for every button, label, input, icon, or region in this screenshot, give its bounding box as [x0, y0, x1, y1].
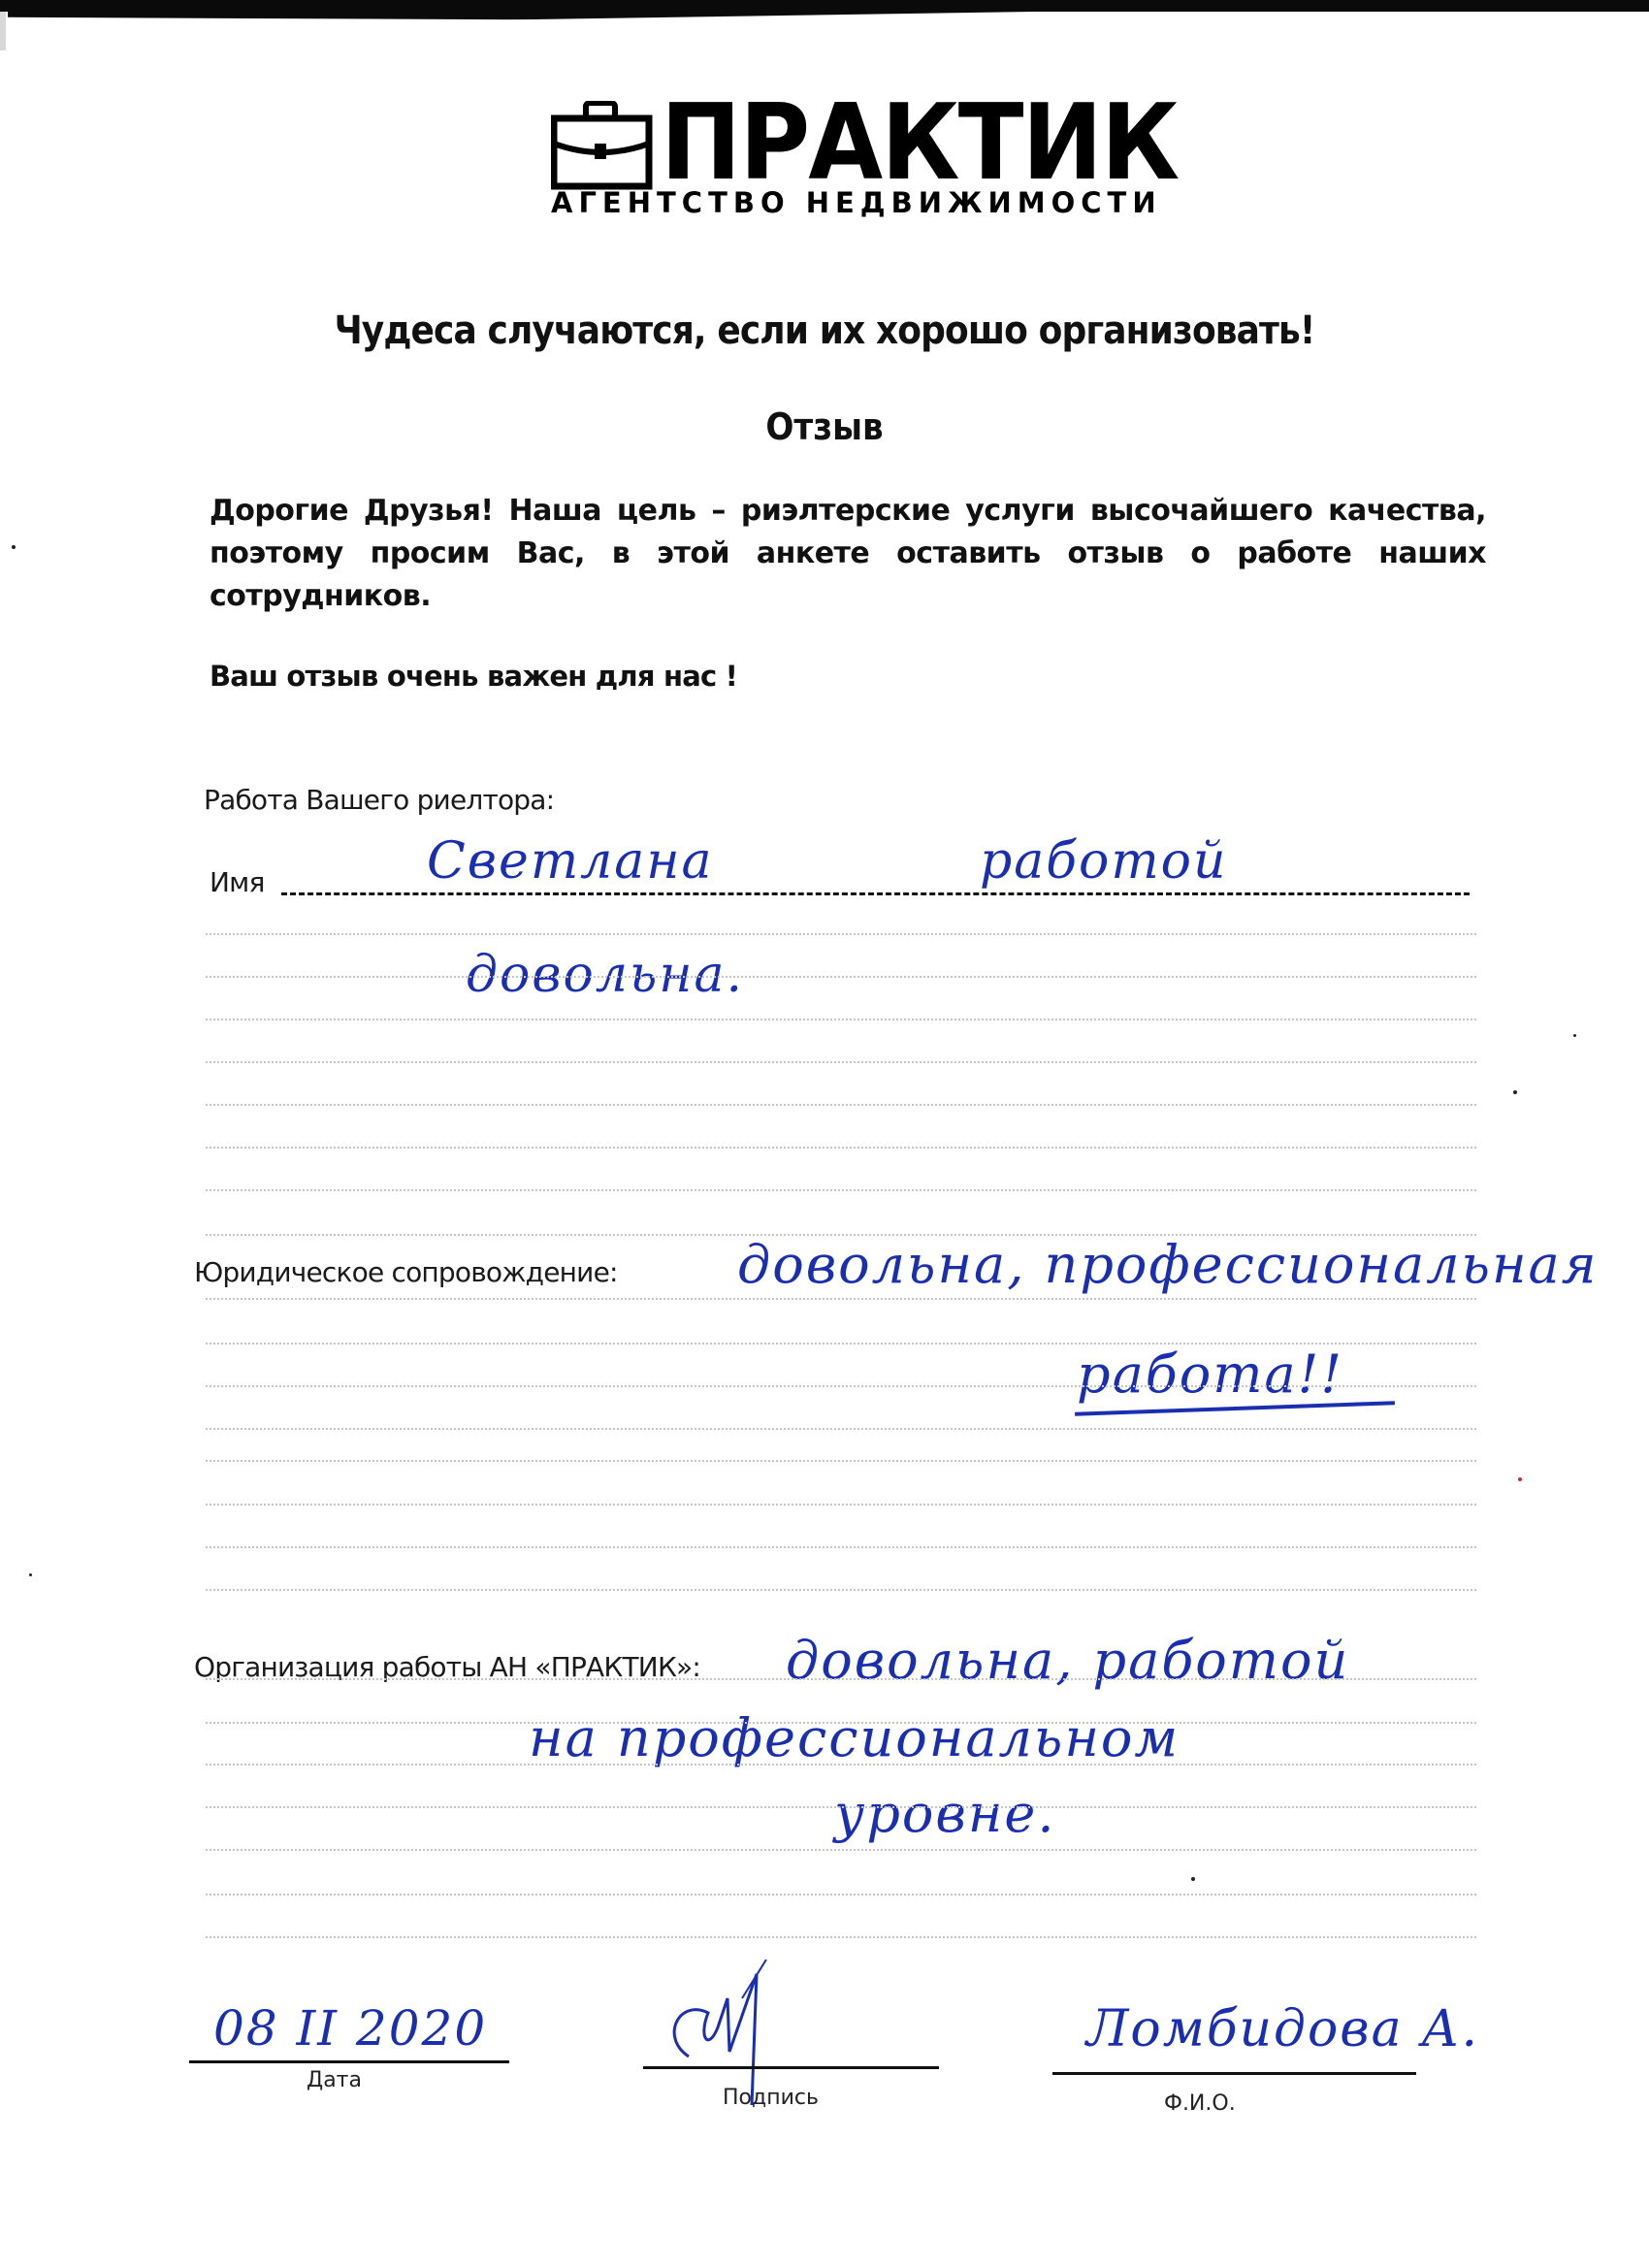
- legal-section-label: Юридическое сопровождение:: [194, 1256, 618, 1288]
- answer-line[interactable]: [206, 1385, 1476, 1387]
- briefcase-icon: [551, 101, 653, 190]
- page-title: Отзыв: [82, 405, 1567, 448]
- scan-speck: [1191, 1877, 1195, 1881]
- answer-line[interactable]: [206, 1806, 1476, 1808]
- answer-line[interactable]: [206, 1894, 1476, 1895]
- handwritten-org-line2: на профессиональном: [529, 1707, 1180, 1768]
- answer-line[interactable]: [206, 1147, 1476, 1149]
- signature-scribble: [650, 1960, 844, 2105]
- handwritten-legal-line1: довольна, профессиональная: [737, 1234, 1598, 1295]
- logo-brand-name: ПРАКТИК: [661, 95, 1178, 192]
- date-line[interactable]: [189, 2060, 509, 2063]
- answer-line[interactable]: [206, 1428, 1476, 1430]
- handwritten-org-line1: довольна, работой: [786, 1630, 1349, 1691]
- intro-note: Ваш отзыв очень важен для нас !: [210, 660, 737, 693]
- date-caption: Дата: [307, 2068, 362, 2092]
- signature-line[interactable]: [643, 2066, 939, 2069]
- company-logo: ПРАКТИК АГЕНТСТВО НЕДВИЖИМОСТИ: [551, 83, 1152, 219]
- answer-line[interactable]: [206, 933, 1476, 935]
- handwritten-realtor-line2: довольна.: [466, 946, 744, 1004]
- logo-subtitle: АГЕНТСТВО НЕДВИЖИМОСТИ: [551, 186, 1162, 219]
- full-name-caption: Ф.И.О.: [1164, 2091, 1236, 2116]
- signature-caption: Подпись: [723, 2086, 819, 2110]
- answer-line[interactable]: [206, 1460, 1476, 1462]
- scan-speck: [12, 545, 16, 549]
- handwritten-org-line3: уровне.: [834, 1783, 1056, 1844]
- answer-line[interactable]: [206, 1343, 1476, 1345]
- answer-line[interactable]: [206, 1546, 1476, 1548]
- answer-line[interactable]: [206, 1061, 1476, 1063]
- scan-top-shadow: [8, 10, 1628, 35]
- answer-line[interactable]: [206, 1189, 1476, 1191]
- handwritten-legal-line2: работа!!: [1077, 1344, 1343, 1405]
- scan-speck: [1573, 1034, 1576, 1037]
- answer-line[interactable]: [206, 1849, 1476, 1851]
- scan-speck: [29, 1573, 32, 1576]
- slogan: Чудеса случаются, если их хорошо организ…: [82, 308, 1567, 353]
- full-name-line[interactable]: [1052, 2072, 1416, 2075]
- intro-paragraph: Дорогие Друзья! Наша цель – риэлтерские …: [210, 490, 1486, 618]
- answer-line[interactable]: [206, 1019, 1476, 1021]
- answer-line[interactable]: [206, 1722, 1476, 1724]
- answer-line[interactable]: [206, 1678, 1476, 1680]
- handwritten-name: Светлана: [427, 832, 714, 891]
- answer-line[interactable]: [206, 1504, 1476, 1506]
- name-field-line[interactable]: [281, 892, 1470, 895]
- scan-speck: [1513, 1090, 1517, 1094]
- answer-line[interactable]: [206, 1104, 1476, 1106]
- handwritten-full-name: Ломбидова А.: [1086, 2000, 1479, 2058]
- answer-line[interactable]: [206, 1298, 1476, 1300]
- name-field-label: Имя: [210, 866, 265, 898]
- answer-line[interactable]: [206, 1589, 1476, 1591]
- answer-line[interactable]: [206, 976, 1476, 978]
- handwritten-date: 08 II 2020: [213, 2000, 487, 2057]
- answer-line[interactable]: [206, 1936, 1476, 1938]
- scan-speck: [1518, 1477, 1522, 1481]
- handwritten-realtor-line1: работой: [980, 832, 1227, 891]
- answer-line[interactable]: [206, 1764, 1476, 1766]
- realtor-section-label: Работа Вашего риелтора:: [204, 784, 554, 816]
- scan-left-edge: [0, 12, 6, 50]
